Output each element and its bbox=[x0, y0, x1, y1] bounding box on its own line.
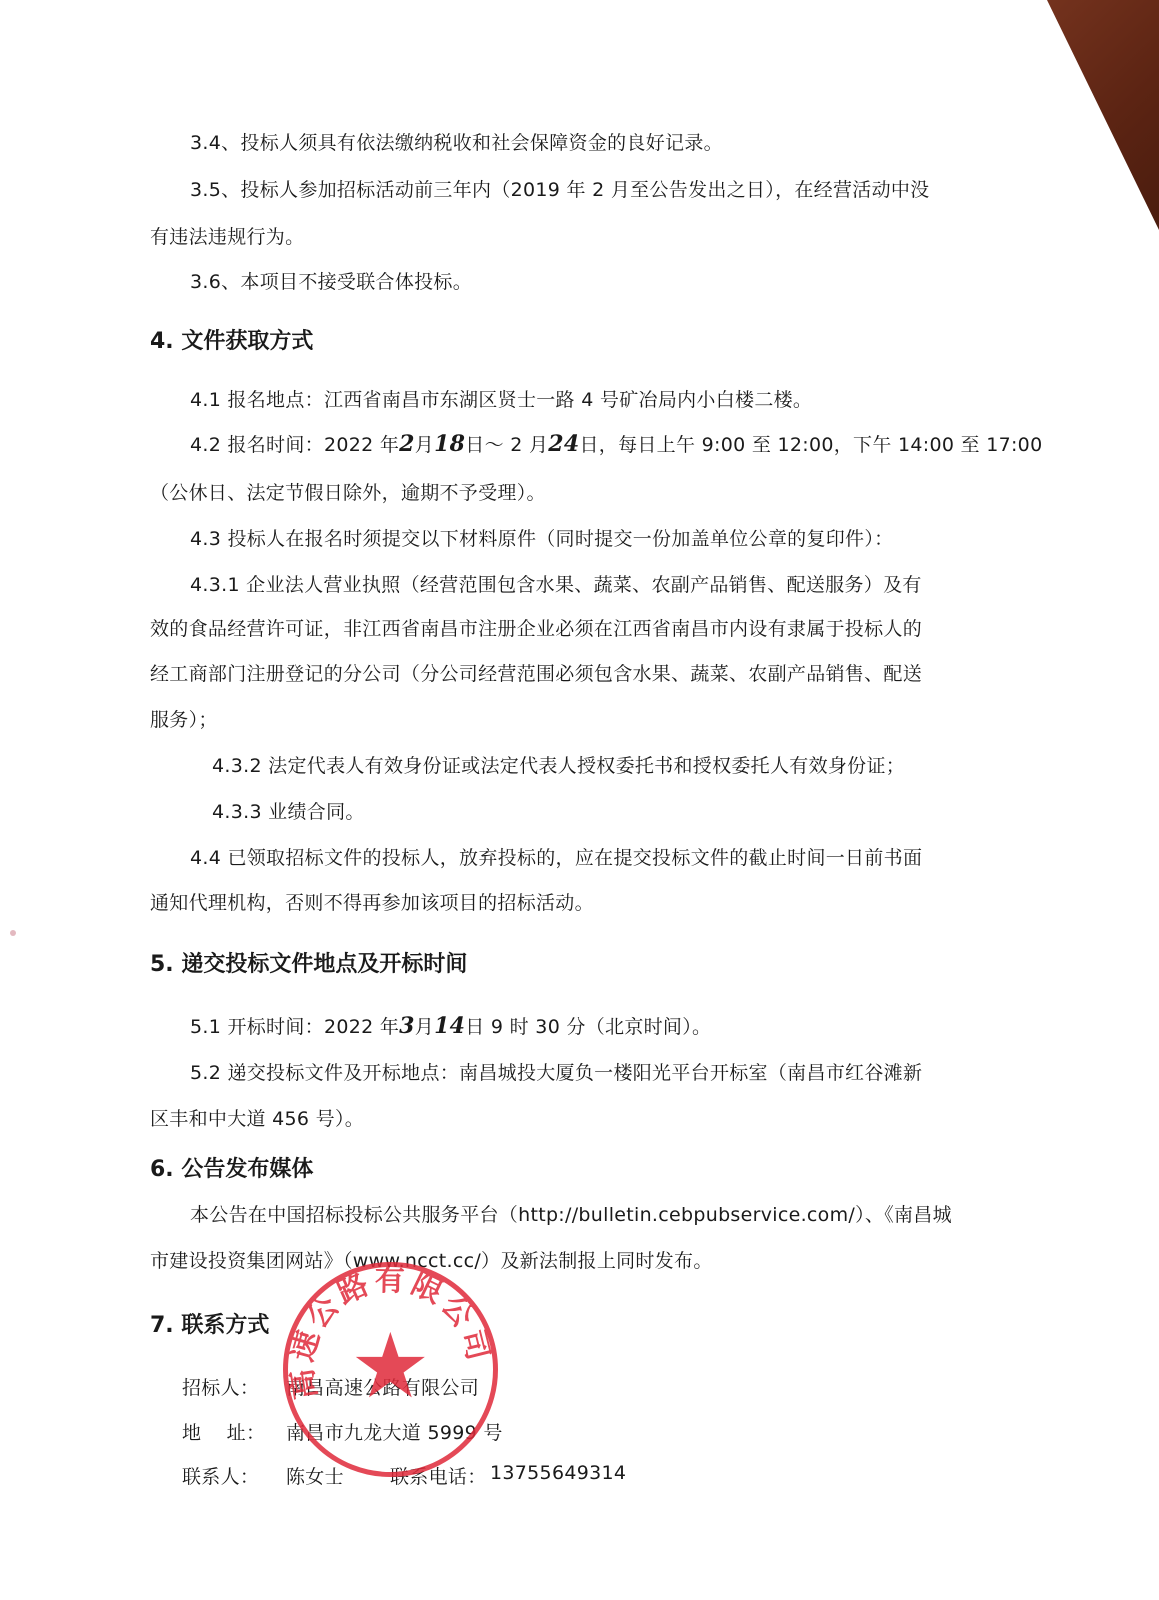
item-4-2-line1: 4.2 报名时间：2022 年2月18日～ 2 月24日，每日上午 9:00 至… bbox=[190, 430, 1042, 457]
item-4-1: 4.1 报名地点：江西省南昌市东湖区贤士一路 4 号矿冶局内小白楼二楼。 bbox=[190, 385, 812, 412]
section-4-heading: 4. 文件获取方式 bbox=[150, 324, 313, 355]
item-4-2-suffix: 日，每日上午 9:00 至 12:00，下午 14:00 至 17:00 bbox=[579, 434, 1042, 456]
section-6-heading: 6. 公告发布媒体 bbox=[150, 1152, 313, 1183]
item-5-2-line2: 区丰和中大道 456 号）。 bbox=[150, 1104, 364, 1131]
item-4-3-2: 4.3.2 法定代表人有效身份证或法定代表人授权委托书和授权委托人有效身份证； bbox=[212, 751, 905, 778]
item-3-5-line1: 3.5、投标人参加招标活动前三年内（2019 年 2 月至公告发出之日），在经营… bbox=[190, 175, 929, 202]
item-4-3-3: 4.3.3 业绩合同。 bbox=[212, 797, 365, 824]
company-seal-stamp: 高速公路有限公司 ★ bbox=[283, 1262, 498, 1477]
month-label: 月 bbox=[415, 434, 434, 456]
item-5-1: 5.1 开标时间：2022 年3月14日 9 时 30 分（北京时间）。 bbox=[190, 1012, 711, 1039]
item-3-5-line2: 有违法违规行为。 bbox=[150, 222, 304, 249]
seal-star-icon: ★ bbox=[350, 1322, 431, 1412]
item-5-1-suffix: 日 9 时 30 分（北京时间）。 bbox=[465, 1016, 711, 1038]
item-4-3-1-line2: 效的食品经营许可证，非江西省南昌市注册企业必须在江西省南昌市内设有隶属于投标人的 bbox=[150, 614, 922, 641]
handwritten-day: 14 bbox=[434, 1013, 465, 1039]
contact-label: 联系人： bbox=[182, 1462, 259, 1489]
day-range-label: 日～ 2 月 bbox=[465, 434, 548, 456]
item-4-2-line2: （公休日、法定节假日除外，逾期不予受理）。 bbox=[150, 478, 546, 505]
section-5-heading: 5. 递交投标文件地点及开标时间 bbox=[150, 947, 467, 978]
item-4-4-line2: 通知代理机构，否则不得再参加该项目的招标活动。 bbox=[150, 888, 594, 915]
section-7-heading: 7. 联系方式 bbox=[150, 1308, 269, 1339]
document-page: 3.4、投标人须具有依法缴纳税收和社会保障资金的良好记录。 3.5、投标人参加招… bbox=[0, 0, 1159, 1600]
item-5-1-prefix: 5.1 开标时间：2022 年 bbox=[190, 1016, 399, 1038]
item-3-6: 3.6、本项目不接受联合体投标。 bbox=[190, 267, 472, 294]
month-label: 月 bbox=[415, 1016, 434, 1038]
item-4-3-1-line4: 服务）； bbox=[150, 705, 218, 732]
item-4-3-1-line3: 经工商部门注册登记的分公司（分公司经营范围必须包含水果、蔬菜、农副产品销售、配送 bbox=[150, 659, 922, 686]
address-label: 地 址： bbox=[182, 1418, 265, 1445]
handwritten-end-day: 24 bbox=[548, 431, 579, 457]
item-4-3: 4.3 投标人在报名时须提交以下材料原件（同时提交一份加盖单位公章的复印件）： bbox=[190, 524, 893, 551]
handwritten-start-day: 18 bbox=[434, 431, 465, 457]
section-6-line1: 本公告在中国招标投标公共服务平台（http://bulletin.cebpubs… bbox=[190, 1200, 952, 1227]
handwritten-month: 3 bbox=[399, 1013, 415, 1039]
item-3-4: 3.4、投标人须具有依法缴纳税收和社会保障资金的良好记录。 bbox=[190, 128, 723, 155]
handwritten-start-month: 2 bbox=[399, 431, 415, 457]
phone-value: 13755649314 bbox=[490, 1462, 626, 1484]
tenderer-label: 招标人： bbox=[182, 1373, 259, 1400]
item-5-2-line1: 5.2 递交投标文件及开标地点：南昌城投大厦负一楼阳光平台开标室（南昌市红谷滩新 bbox=[190, 1058, 922, 1085]
item-4-2-prefix: 4.2 报名时间：2022 年 bbox=[190, 434, 399, 456]
item-4-3-1-line1: 4.3.1 企业法人营业执照（经营范围包含水果、蔬菜、农副产品销售、配送服务）及… bbox=[190, 570, 922, 597]
item-4-4-line1: 4.4 已领取招标文件的投标人，放弃投标的，应在提交投标文件的截止时间一日前书面 bbox=[190, 843, 922, 870]
